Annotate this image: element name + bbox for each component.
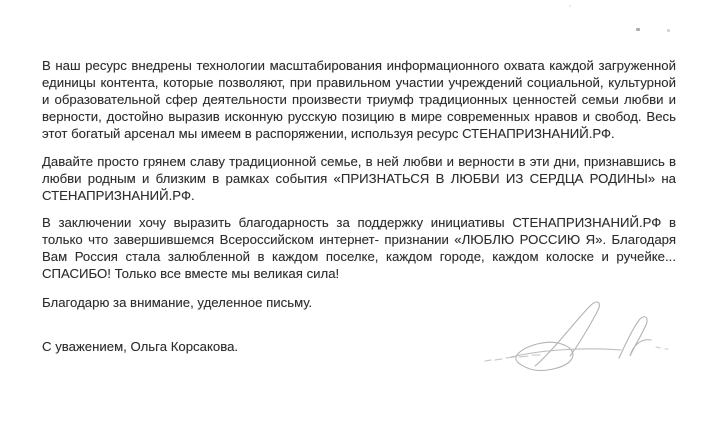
letter-line: В наш ресурс внедрены технологии масштаб…	[42, 57, 676, 74]
letter-line: только что завершившемся Всероссийском и…	[42, 231, 676, 248]
scan-artifact	[667, 29, 670, 32]
letter-line: и образовательной сфер деятельности прои…	[42, 91, 676, 108]
letter-line: Давайте просто грянем славу традиционной…	[42, 153, 676, 170]
scan-artifact	[636, 28, 640, 31]
handwritten-signature	[483, 297, 673, 377]
letter-line: этот богатый арсенал мы имеем в распоряж…	[42, 125, 676, 142]
paragraph-traditional-family: Давайте просто грянем славу традиционной…	[42, 153, 676, 204]
paragraph-resource-technologies: В наш ресурс внедрены технологии масштаб…	[42, 57, 676, 142]
scan-artifact	[569, 5, 571, 7]
letter-document: В наш ресурс внедрены технологии масштаб…	[0, 0, 718, 436]
letter-line: В заключении хочу выразить благодарность…	[42, 214, 676, 231]
letter-line: любви родным и близким в рамках события …	[42, 170, 676, 187]
paragraph-conclusion-thanks: В заключении хочу выразить благодарность…	[42, 214, 676, 282]
letter-line: СПАСИБО! Только все вместе мы великая си…	[42, 265, 676, 282]
letter-line: СТЕНАПРИЗНАНИЙ.РФ.	[42, 187, 676, 204]
letter-line: единицы контента, которые позволяют, при…	[42, 74, 676, 91]
letter-line: верности, достойно выразив исконную русс…	[42, 108, 676, 125]
letter-line: Вам Россия стала залюбленной в каждом по…	[42, 248, 676, 265]
